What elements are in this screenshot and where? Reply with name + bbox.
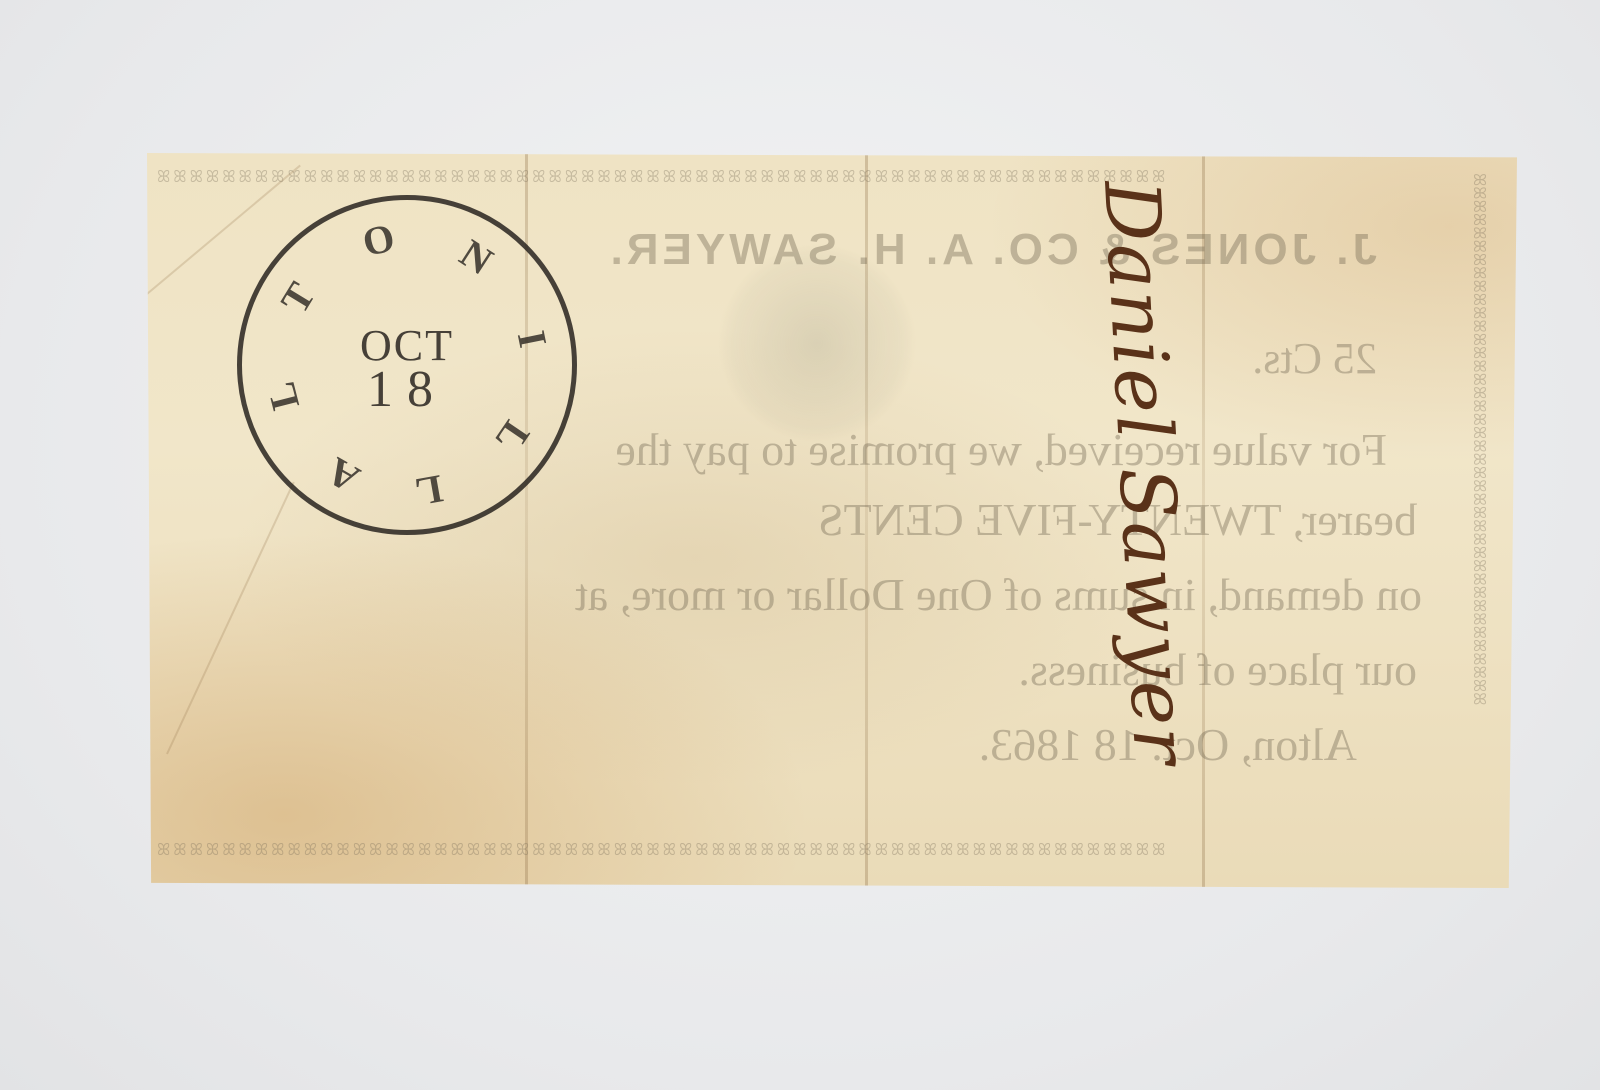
postmark-letter: L: [405, 464, 453, 517]
scrip-note: ꕤꕤꕤꕤꕤꕤꕤꕤꕤꕤꕤꕤꕤꕤꕤꕤꕤꕤꕤꕤꕤꕤꕤꕤꕤꕤꕤꕤꕤꕤꕤꕤꕤꕤꕤꕤꕤꕤꕤꕤ…: [147, 153, 1517, 888]
vignette-portrait: [717, 243, 917, 443]
postmark-day: 18: [242, 360, 572, 419]
bleed-line: on demand, in sums of One Dollar or more…: [575, 568, 1422, 621]
bleed-line: For value received, we promise to pay th…: [615, 423, 1387, 476]
postmark-letter: N: [447, 226, 506, 287]
handwritten-signature: Daniel Sawyer: [1027, 183, 1147, 803]
postmark-letter: O: [354, 212, 403, 267]
postmark-letter: A: [314, 445, 372, 506]
bleed-denomination: 25 Cts.: [1252, 333, 1377, 384]
bleed-header: J. JONES & CO. A. H. SAWYER.: [607, 225, 1378, 275]
postmark-stamp: ALTONILL OCT 18: [237, 195, 577, 535]
postmark-letter: T: [267, 268, 328, 327]
